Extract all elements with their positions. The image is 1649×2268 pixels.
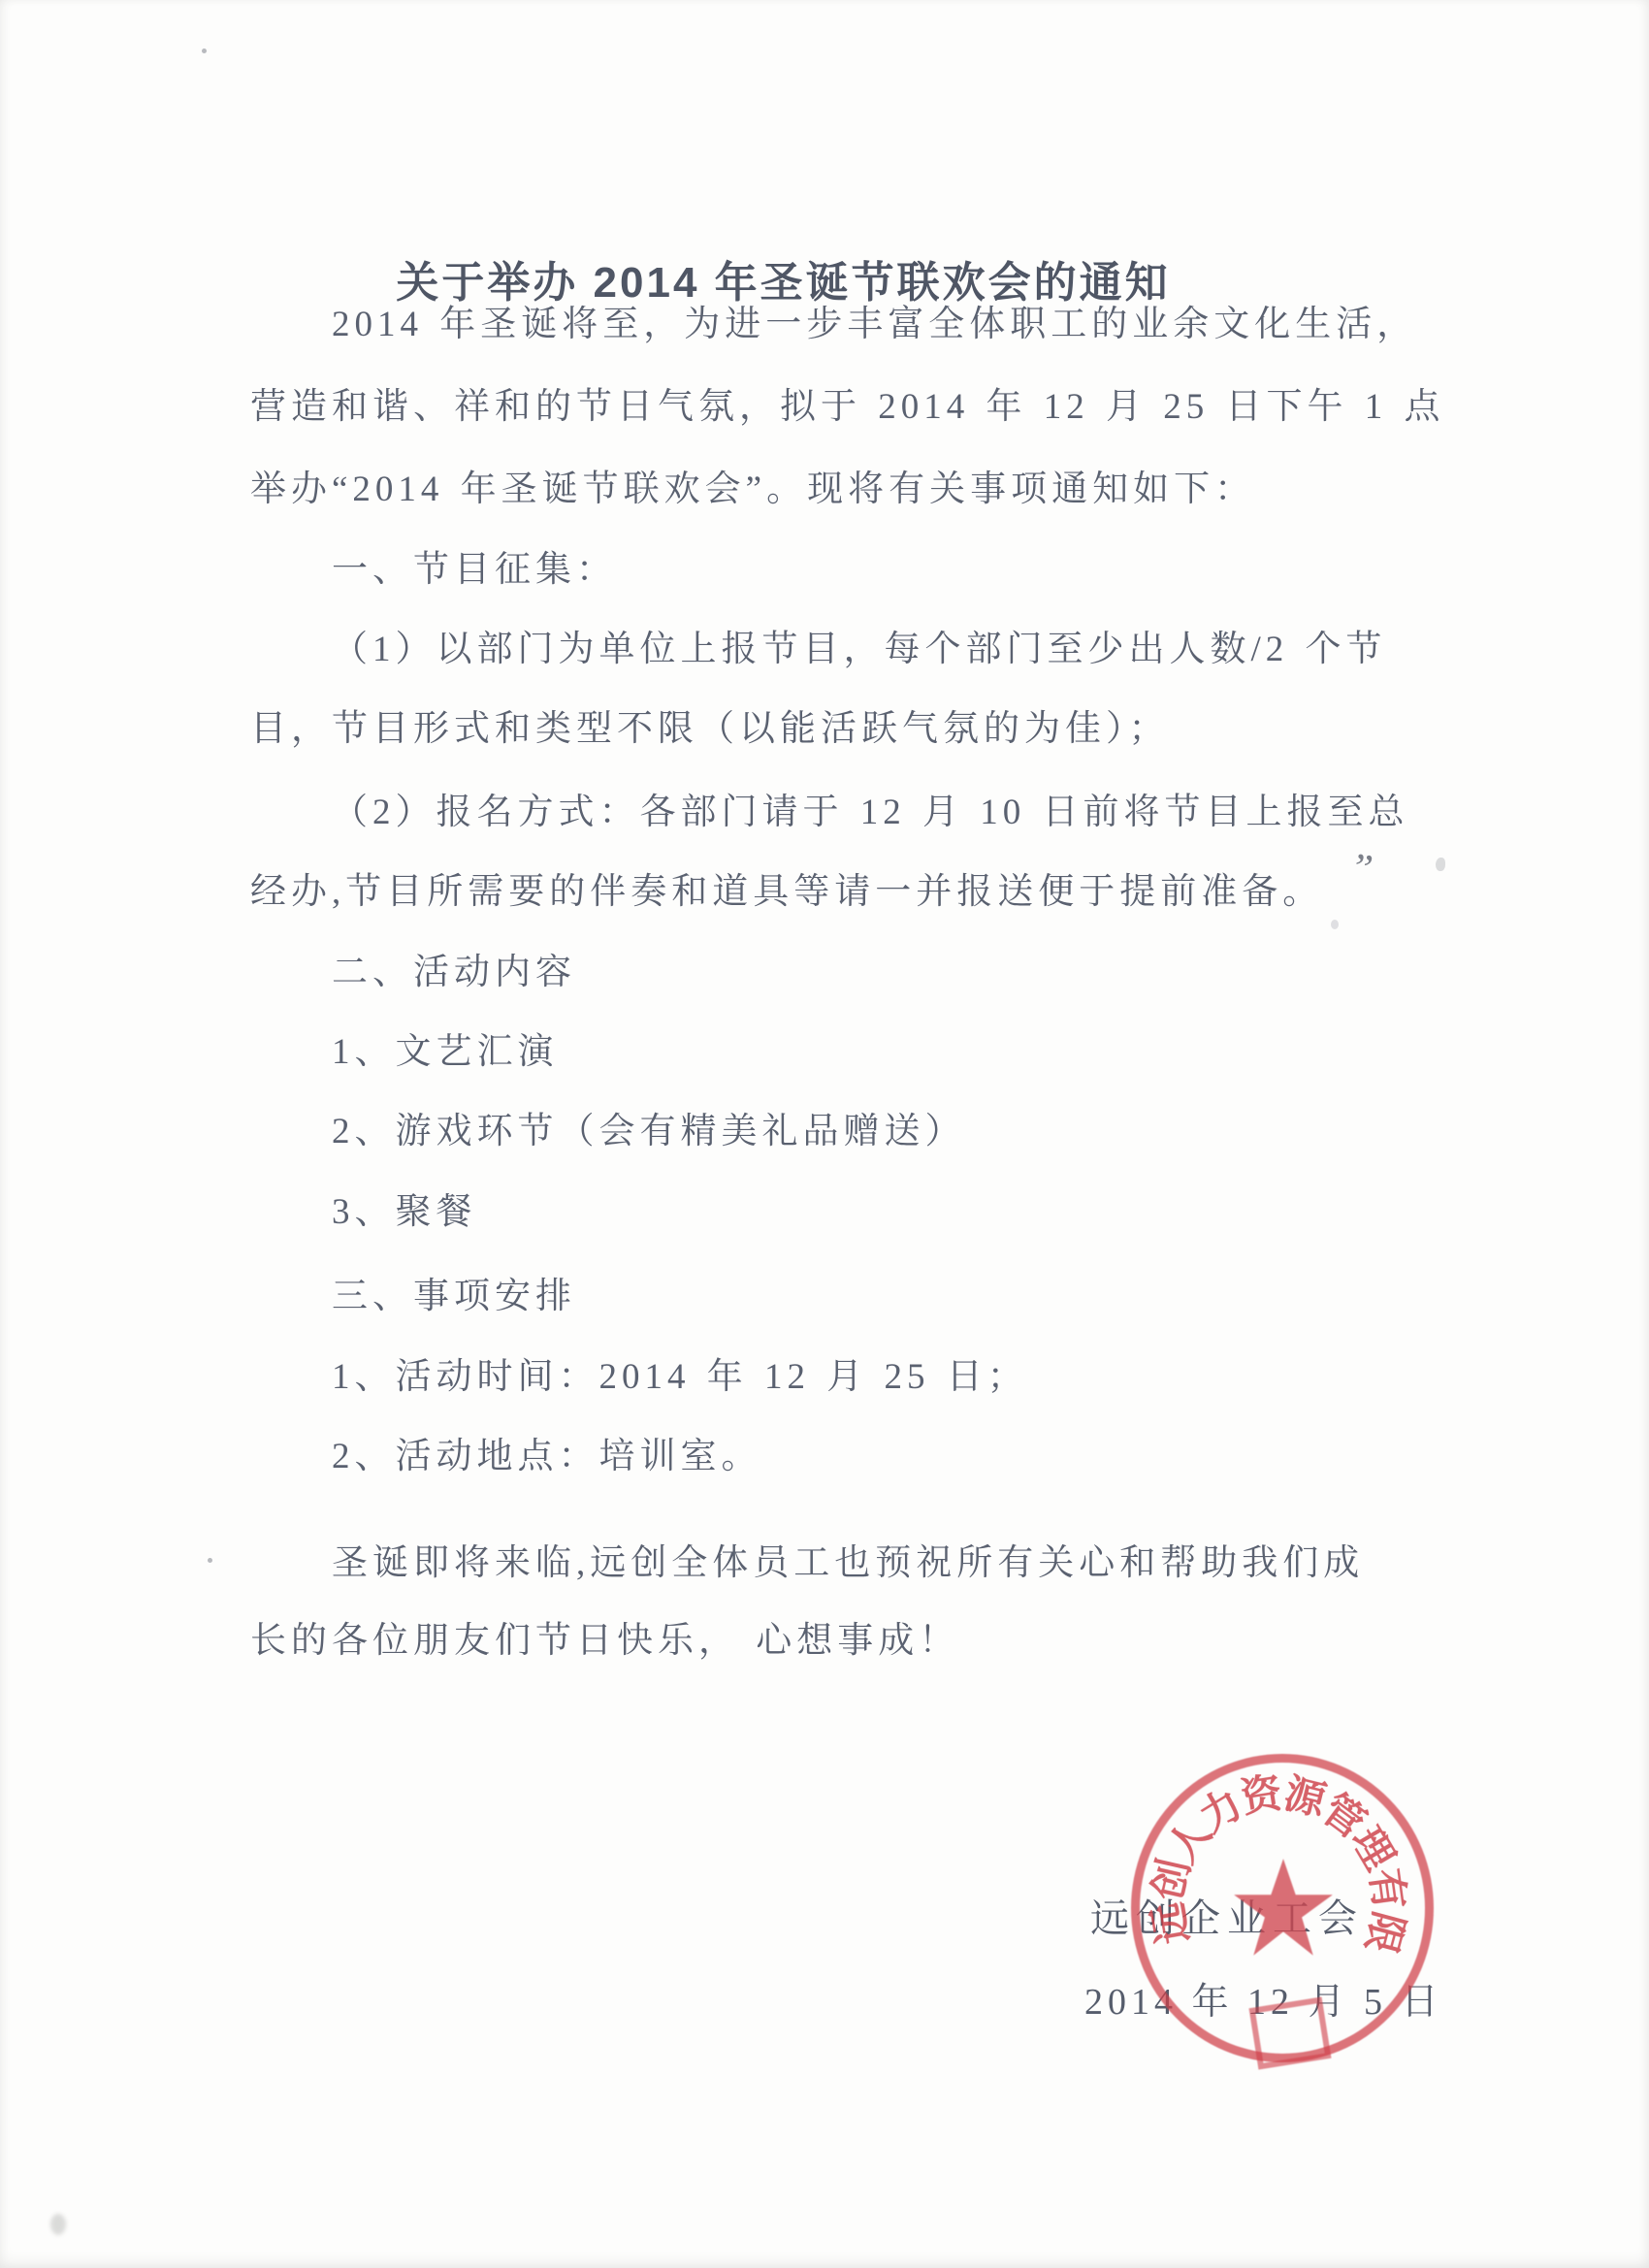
scan-artifact-dot [202,49,207,53]
signature-org: 远创企业工会 [1090,1888,1364,1943]
scan-artifact-smudge [1436,858,1445,871]
signature-date: 2014 年 12 月 5 日 [1084,1971,1443,2025]
body-line-6: 目，节目形式和类型不限（以能活跃气氛的为佳）； [250,707,1170,752]
body-line-16: 圣诞即将来临,远创全体员工也预祝所有关心和帮助我们成 [250,1541,1364,1586]
body-line-13: 三、事项安排 [250,1275,576,1319]
body-line-9: 二、活动内容 [250,951,576,995]
body-line-15: 2、活动地点：培训室。 [250,1435,762,1479]
body-line-1: 2014 年圣诞将至，为进一步丰富全体职工的业余文化生活， [250,303,1417,347]
body-line-17: 长的各位朋友们节日快乐， 心想事成！ [250,1619,959,1664]
handwritten-check-mark: ” [1351,845,1375,893]
body-line-12: 3、聚餐 [250,1190,477,1235]
scanned-notice-page: 关于举办 2014 年圣诞节联欢会的通知 2014 年圣诞将至，为进一步丰富全体… [0,0,1649,2268]
body-line-4: 一、节目征集： [250,548,617,593]
body-line-2: 营造和谐、祥和的节日气氛，拟于 2014 年 12 月 25 日下午 1 点 [250,385,1445,430]
body-line-8: 经办,节目所需要的伴奏和道具等请一并报送便于提前准备。 [250,870,1323,915]
scan-artifact-smudge [1331,920,1339,929]
body-line-7: （2）报名方式：各部门请于 12 月 10 日前将节目上报至总 [250,791,1409,835]
page-title: 关于举办 2014 年圣诞节联欢会的通知 [0,247,1567,309]
scan-artifact-smudge [50,2214,66,2235]
body-line-11: 2、游戏环节（会有精美礼品赠送） [250,1110,966,1154]
scan-artifact-dot [208,1558,212,1563]
body-line-3: 举办“2014 年圣诞节联欢会”。现将有关事项通知如下： [250,468,1255,512]
body-line-14: 1、活动时间：2014 年 12 月 25 日； [250,1355,1028,1400]
body-line-5: （1）以部门为单位上报节目，每个部门至少出人数/2 个节 [250,628,1387,672]
body-line-10: 1、文艺汇演 [250,1030,559,1075]
